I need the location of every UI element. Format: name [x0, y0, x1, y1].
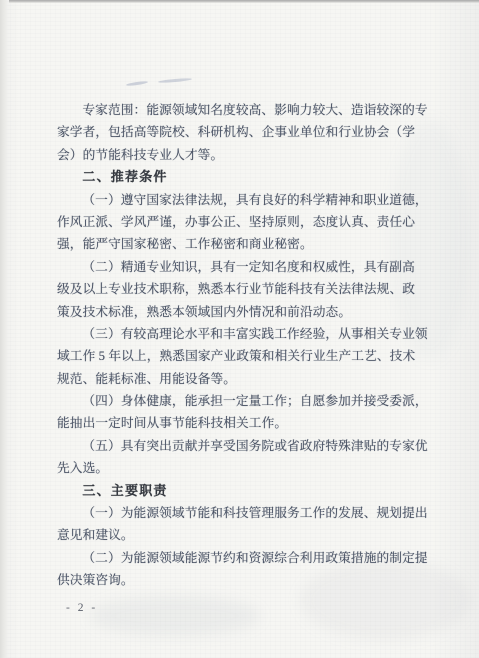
document-body: 专家范围：能源领域知名度较高、影响力较大、造诣较深的专 家学者，包括高等院校、科… — [57, 99, 433, 592]
page-number: - 2 - — [66, 602, 98, 614]
text-line: 强，能严守国家秘密、工作秘密和商业秘密。 — [57, 233, 433, 255]
text-line: 域工作 5 年以上，熟悉国家产业政策和相关行业生产工艺、技术 — [57, 345, 433, 367]
text-line: 作风正派、学风严谨，办事公正、坚持原则，态度认真、责任心 — [57, 211, 433, 233]
section-heading: 二、推荐条件 — [57, 166, 433, 188]
pen-smudge-mark — [126, 76, 192, 88]
text-line: 家学者，包括高等院校、科研机构、企事业单位和行业协会（学 — [57, 121, 433, 143]
text-line: 专家范围：能源领域知名度较高、影响力较大、造诣较深的专 — [57, 99, 433, 121]
text-line: 会）的节能科技专业人才等。 — [57, 144, 433, 166]
text-line: （四）身体健康，能承担一定量工作；自愿参加并接受委派， — [57, 390, 433, 412]
text-line: （三）有较高理论水平和丰富实践工作经验，从事相关专业领 — [57, 323, 433, 345]
text-line: 级及以上专业技术职称，熟悉本行业节能科技有关法律法规、政 — [57, 278, 433, 300]
section-heading: 三、主要职责 — [57, 480, 433, 502]
text-line: （二）为能源领域能源节约和资源综合利用政策措施的制定提 — [57, 547, 433, 569]
text-line: 先入选。 — [57, 457, 433, 479]
text-line: 供决策咨询。 — [57, 569, 433, 591]
scan-top-edge-artifact — [9, 0, 479, 3]
text-line: 规范、能耗标准、用能设备等。 — [57, 368, 433, 390]
text-line: （五）具有突出贡献并享受国务院或省政府特殊津贴的专家优 — [57, 435, 433, 457]
scan-mottle-artifact — [90, 596, 260, 636]
text-line: （一）为能源领域节能和科技管理服务工作的发展、规划提出 — [57, 502, 433, 524]
scan-left-edge-artifact — [0, 0, 8, 658]
text-line: （二）精通专业知识，具有一定知名度和权威性，具有副高 — [57, 256, 433, 278]
text-line: （一）遵守国家法律法规，具有良好的科学精神和职业道德， — [57, 189, 433, 211]
scanned-document-page: 专家范围：能源领域知名度较高、影响力较大、造诣较深的专 家学者，包括高等院校、科… — [0, 0, 479, 658]
text-line: 策及技术标准，熟悉本领域国内外情况和前沿动态。 — [57, 301, 433, 323]
text-line: 意见和建议。 — [57, 524, 433, 546]
text-line: 能抽出一定时间从事节能科技相关工作。 — [57, 412, 433, 434]
